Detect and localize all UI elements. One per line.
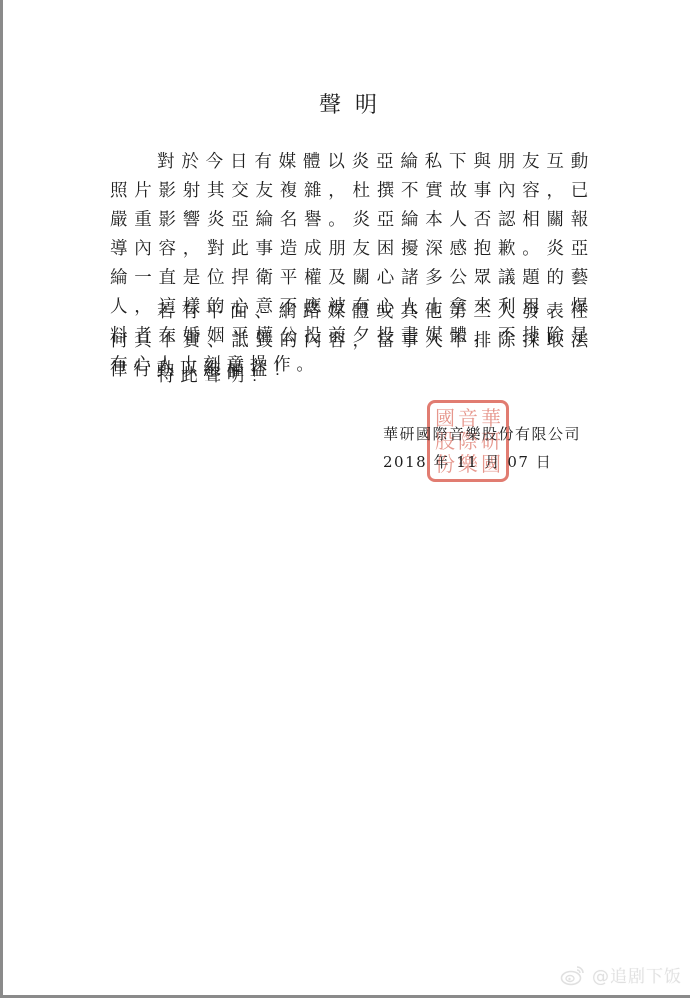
signature-date: 2018 年 11 月 07 日 <box>383 448 581 476</box>
page-title: 聲明 <box>3 88 690 119</box>
signature-block: 華研國際音樂股份有限公司 2018 年 11 月 07 日 <box>383 420 581 476</box>
company-name: 華研國際音樂股份有限公司 <box>383 420 581 448</box>
weibo-icon <box>560 964 586 986</box>
watermark-text: @追剧下饭 <box>592 962 682 987</box>
paragraph-closing: 特此聲明！ <box>110 362 594 391</box>
watermark: @追剧下饭 <box>560 962 682 987</box>
paragraph-3-container: 特此聲明！ <box>110 362 594 391</box>
document-page: 聲明 對於今日有媒體以炎亞綸私下與朋友互動照片影射其交友複雜，杜撰不實故事內容，… <box>0 0 690 998</box>
